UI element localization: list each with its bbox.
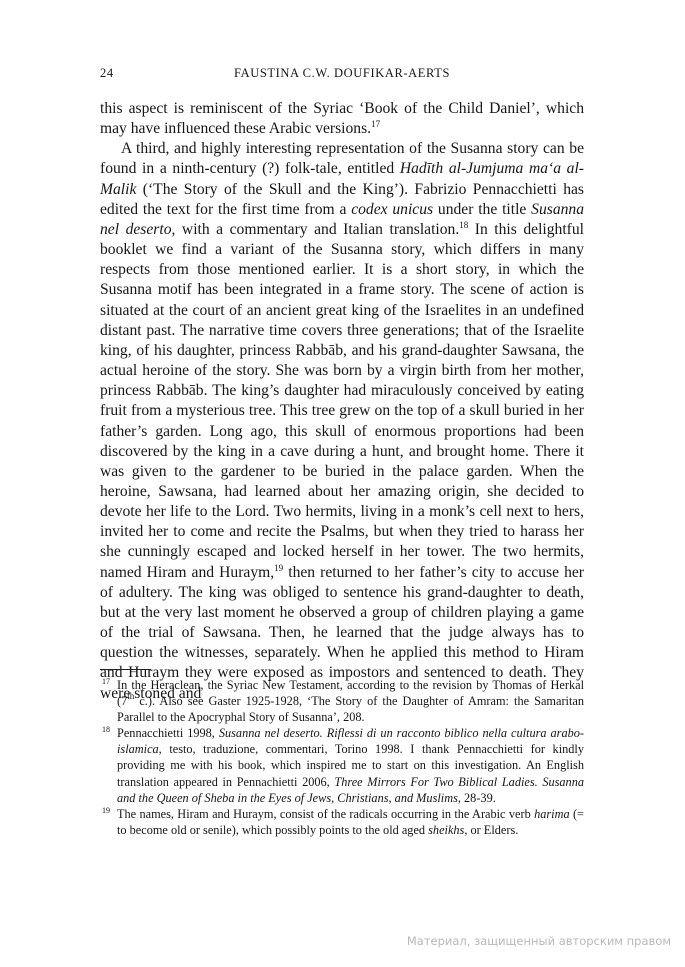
footnote-18: 18Pennacchietti 1998, Susanna nel desert… <box>100 725 584 805</box>
footnote-ref-17[interactable]: 17 <box>371 119 380 129</box>
footnote-19: 19The names, Hiram and Huraym, consist o… <box>100 806 584 838</box>
codex-term: codex unicus <box>351 201 433 218</box>
paragraph-1: this aspect is reminiscent of the Syriac… <box>100 99 584 139</box>
main-text: this aspect is reminiscent of the Syriac… <box>100 99 584 704</box>
footnote-separator <box>100 669 151 670</box>
footnote-ref-19[interactable]: 19 <box>274 563 283 573</box>
running-header: 24 FAUSTINA C.W. DOUFIKAR-AERTS <box>100 66 584 84</box>
copyright-watermark: Материал, защищенный авторским правом <box>407 934 671 948</box>
footnote-ref-18[interactable]: 18 <box>459 220 468 230</box>
running-title: FAUSTINA C.W. DOUFIKAR-AERTS <box>100 66 584 81</box>
footnote-17: 17In the Heraclean, the Syriac New Testa… <box>100 677 584 725</box>
footnotes: 17In the Heraclean, the Syriac New Testa… <box>100 677 584 838</box>
paragraph-2: A third, and highly interesting represen… <box>100 139 584 703</box>
